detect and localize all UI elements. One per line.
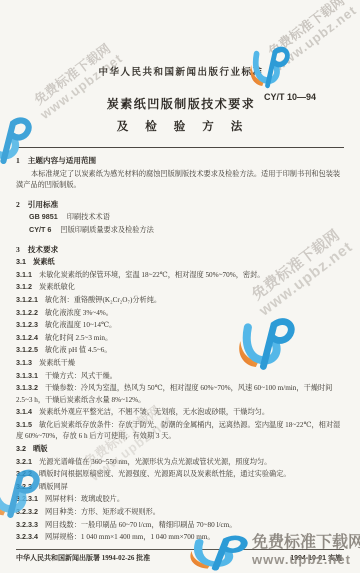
document-title-line2: 及检验方法	[49, 118, 314, 134]
section-3-heading: 3技术要求	[16, 244, 346, 256]
reference-item: GB 9851印刷技术术语	[16, 211, 346, 224]
standard-issuer-label: 中华人民共和国新闻出版行业标准	[49, 64, 314, 78]
clause-line: 3.2.3晒版网屏	[16, 481, 346, 494]
section-2-heading: 2引用标准	[16, 199, 346, 211]
scanned-standard-page: 免费标准下载网 www.upbz.net 免费标准下载网 www.upbz.ne…	[0, 0, 360, 573]
clause-line: 3.1.1未敏化炭素纸的保管环境，室温 18~22℃，相对湿度 50%~70%，…	[16, 269, 346, 282]
clause-line: 3.1.2.3敏化液温度 10~14℃。	[16, 319, 346, 332]
clause-line: 3.1.3.1干燥方式：风式干燥。	[16, 370, 346, 383]
footer-divider	[16, 549, 344, 550]
clause-line: 3.1.3炭素纸干燥	[16, 357, 346, 370]
standard-code: CY/T 10—94	[264, 92, 316, 102]
clause-line: 3.1.5敏化后炭素纸存放条件：存放于防光、防潮的金属桶内，远离热源。室内温度 …	[16, 419, 346, 443]
clause-line: 3.2.3.2网目种类：方形、矩形或不规则形。	[16, 506, 346, 519]
clause-line: 3.2.1光源光谱峰值在 360~550 nm，光源形状为点光源或管状光源，照度…	[16, 456, 346, 469]
clause-line: 3.1.4炭素纸外观应平整光洁，不翘不皱，无划痕，无水泡或砂眼，干燥均匀。	[16, 406, 346, 419]
clause-line: 3.1.2.2敏化液浓度 3%~4%。	[16, 307, 346, 320]
effective-date: 1994-10-01 实施	[290, 553, 342, 565]
clause-line: 3.1.2.4敏化时间 2.5~3 min。	[16, 332, 346, 345]
document-body: 中华人民共和国新闻出版行业标准 CY/T 10—94 炭素纸凹版制版技术要求 及…	[0, 0, 360, 573]
clause-line: 3.2.3.3网目线数：一般印刷品 60~70 l/cm，精细印刷品 70~80…	[16, 519, 346, 532]
reference-item: CY/T 6凹版印刷质量要求及检验方法	[16, 224, 346, 237]
clause-list: 3.1炭素纸 3.1.1未敏化炭素纸的保管环境，室温 18~22℃，相对湿度 5…	[16, 256, 346, 544]
header-divider	[18, 147, 344, 148]
clause-line: 3.1.2.1敏化剂：重铬酸钾(K₂Cr₂O₇)分析纯。	[16, 294, 346, 307]
clause-line: 3.1炭素纸	[16, 256, 346, 269]
clause-line: 3.1.3.2干燥参数：冷风为室温，热风为 50℃，相对湿度 60%~70%，风…	[16, 382, 346, 406]
clause-line: 3.2.2晒版时间根据原稿密度、光源强度、光源距离以及炭素纸性能，通过实验确定。	[16, 468, 346, 481]
clause-line: 3.2.3.4网屏规格：1 040 mm×1 400 mm，1 040 mm×7…	[16, 531, 346, 544]
section-1-paragraph: 本标准规定了以炭素纸为感光材料的腐蚀凹版制版技术要求及检验方法。适用于印制书刊和…	[16, 169, 346, 192]
clause-line: 3.1.2炭素纸敏化	[16, 281, 346, 294]
section-1-heading: 1主题内容与适用范围	[16, 155, 346, 167]
clause-line: 3.2晒版	[16, 443, 346, 456]
approval-note: 中华人民共和国新闻出版署 1994-02-26 批准	[16, 553, 150, 565]
clause-line: 3.2.3.1网屏材料：玻璃或胶片。	[16, 493, 346, 506]
clause-line: 3.1.2.5敏化液 pH 值 4.5~6。	[16, 344, 346, 357]
